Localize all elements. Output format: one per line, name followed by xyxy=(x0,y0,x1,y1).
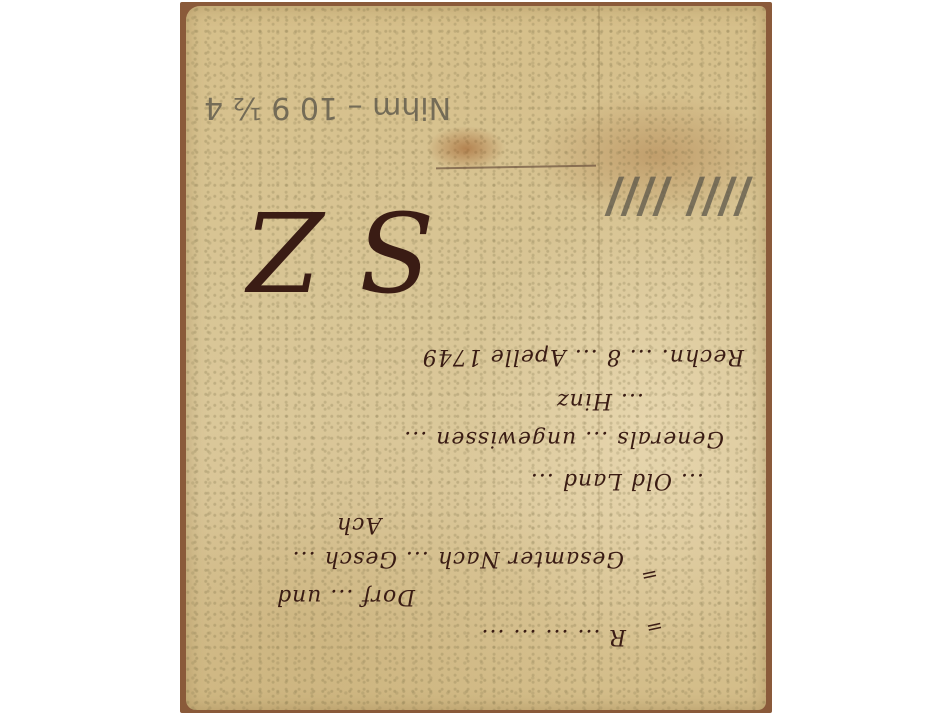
handwritten-line: ... Hinz xyxy=(556,388,644,413)
handwritten-line: Generals ... ungewissen ... xyxy=(204,426,724,451)
document-sheet: Nihm – 10 9 ½ 4 IIII IIII S Z Rechn. ...… xyxy=(186,6,766,710)
handwritten-line: Gesamter Nach ... Gesch ... xyxy=(204,546,624,571)
handwritten-line: Dorf ... und xyxy=(276,584,415,609)
pencil-note: Nihm – 10 9 ½ 4 xyxy=(204,90,451,125)
handwritten-line: ... Old Land ... xyxy=(204,468,704,493)
handwritten-line: R ... ... ... ... xyxy=(226,624,626,649)
handwritten-line: Ach xyxy=(336,512,381,537)
calligraphic-monogram: S Z xyxy=(246,186,433,314)
pencil-tally-marks: IIII IIII xyxy=(595,166,763,229)
brown-stain xyxy=(426,126,506,171)
handwritten-line: Rechn. ... 8 ... Apelle 1749 xyxy=(204,344,744,369)
